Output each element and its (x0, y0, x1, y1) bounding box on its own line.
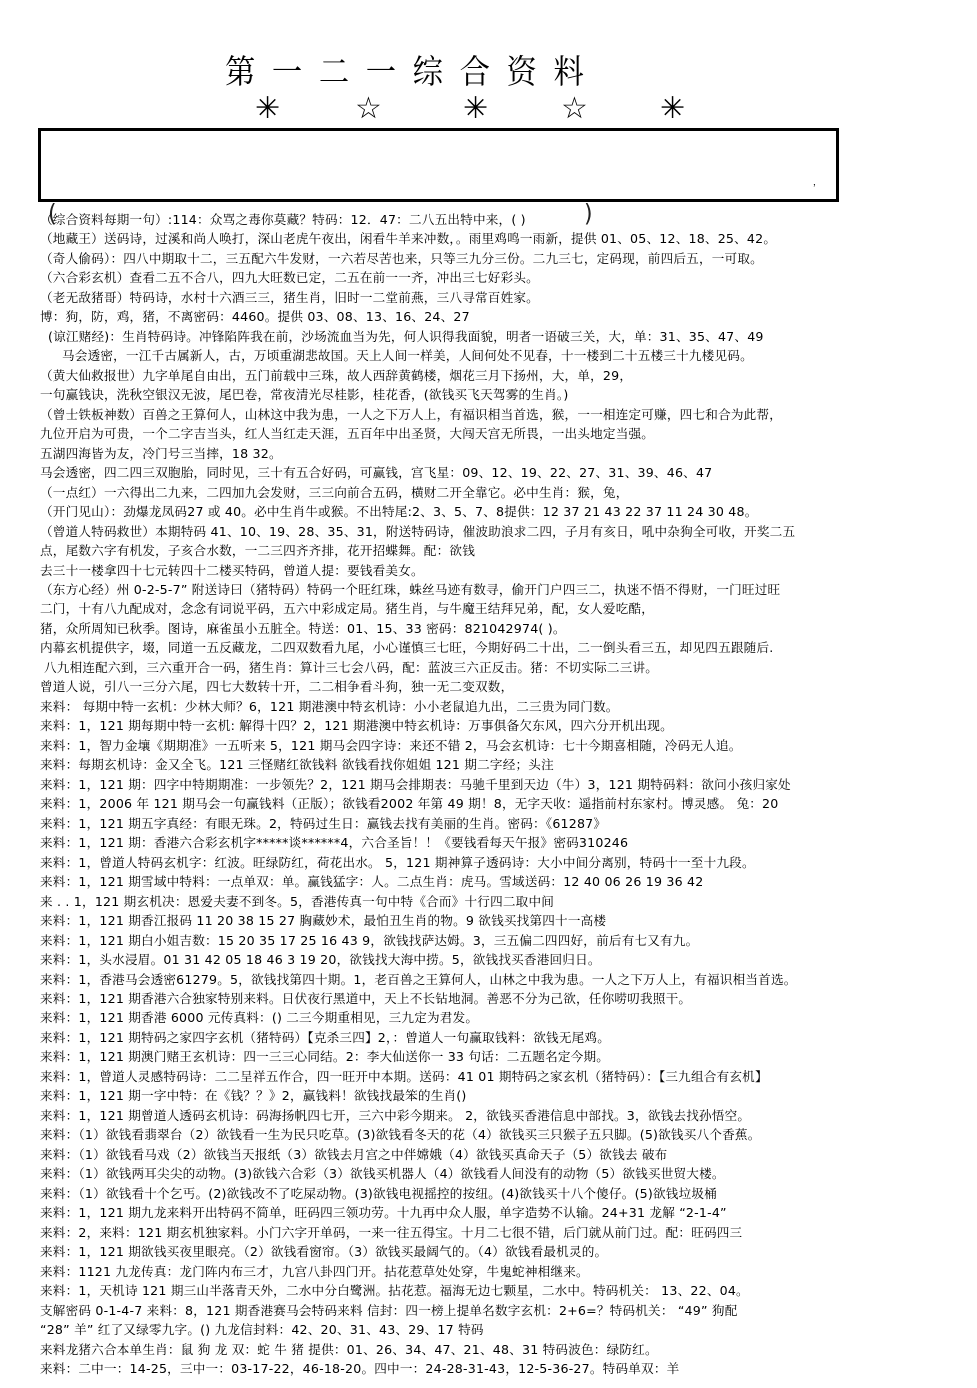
box-mark: ， (813, 175, 822, 188)
text-line: 来料：1，天机诗 121 期三山半落青天外，二水中分白鹭洲。拈花惹。福海无边七颗… (40, 1282, 749, 1300)
text-line: 来料：1，121 期特码之家四字玄机（猪特码）【克杀三四】2，：曾道人一句赢取钱… (40, 1029, 610, 1047)
page-title: 第一二一综合资料 (225, 46, 648, 90)
text-line: 来料：1，121 期香港六合独家特别来料。日伏夜行黑道中，天上不长钻地洞。善恶不… (40, 990, 691, 1008)
asterisk-star-icon: ✳ (255, 90, 280, 128)
text-line: 来料：1，曾道人灵感特码诗：二二呈祥五作合，四一旺开中本期。送码：41 01 期… (40, 1068, 768, 1086)
text-line: 来料：1，头水浸眉。01 31 42 05 18 46 3 19 20，欲钱找大… (40, 951, 601, 969)
text-line: 马会透密，一江千古属新人，古，万顷重湖悲故国。天上人间一样美，人间何处不见春，十… (62, 347, 753, 365)
text-line: 八九相连配六到，三六重开合一码，猪生肖：算计三七会八码，配：蓝波三六正反击。猪：… (44, 659, 658, 677)
text-line: 来料：1，121 期曾道人透码玄机诗：码海扬帆四七开，三六中彩今期来。 2，欲钱… (40, 1107, 750, 1125)
text-line: 来料：1，121 期雪域中特料：一点单双：单。赢钱猛字：人。二点生肖：虎马。雪域… (40, 873, 703, 891)
text-line: 来料：1，121 期澳门赌王玄机诗：四一三三心同结。2：李大仙送你一 33 句话… (40, 1048, 609, 1066)
text-line: 来料：1，121 期：香港六合彩玄机字*****谈******4，六合圣旨！！《… (40, 834, 628, 852)
text-line: 来 . . 1，121 期玄机决：恩爱夫妻不到冬。5，香港传真一句中特《合而》十… (40, 893, 554, 911)
text-line: （地藏王）送码诗，过溪和尚人唤打，深山老虎午夜出，闲看牛羊来冲数，。雨里鸡鸣一雨… (40, 230, 776, 248)
text-line: （六合彩玄机）查看二五不合八，四九大旺数已定，二五在前一一齐，冲出三七好彩头。 (40, 269, 539, 287)
empty-banner-box: ， (38, 128, 839, 202)
text-line: 来料：1，121 期一字中特：在《钱？？》2，赢钱料！欲钱找最笨的生肖() (40, 1087, 467, 1105)
text-line: 曾道人说，引八一三分六尾，四七大数转十开，二二相争看斗狗，独一无二变双数， (40, 678, 513, 696)
text-line: 来料：（1）欲钱两耳尖尖的动物。(3)欲钱六合彩（3）欲钱买机器人（4）欲钱看人… (40, 1165, 725, 1183)
text-line: 来料： 每期中特一玄机：少林大师？6，121 期港澳中特玄机诗：小小老鼠追九出，… (40, 698, 619, 716)
text-line: 来料：1，121 期欲钱买夜里眼亮。（2）欲钱看窗帘。（3）欲钱买最阔气的。（4… (40, 1243, 607, 1261)
text-line: （曾士铁板神数）百兽之王算何人，山林这中我为患，一人之下万人上，有福识相当首选，… (40, 406, 782, 424)
text-line: 内幕玄机提供字，㙍，同道一五反藏龙，二四双数看九尾，小心谨慎三七旺，今期好码二十… (40, 639, 773, 657)
text-line: （一点红）一六得出二九来，二四加九会发财，三三向前合五码，横财二开全靠它。必中生… (40, 484, 629, 502)
text-line: （东方心经）州 0-2-5-7” 附送诗曰（猪特码）特码一个旺红珠，蛛丝马迹有数… (40, 581, 780, 599)
text-line: 一句赢钱诀，洗秋空银汉无波，尾巴卷，常夜清光尽桂影，桂花香，(欲钱买飞天驾雾的生… (40, 386, 568, 404)
text-line: （开门见山）：劲爆龙凤码27 或 40。必中生肖牛或猴。不出特尾:2、3、5、7… (40, 503, 758, 521)
bracket-right: ) (584, 203, 593, 227)
outline-star-icon: ☆ (355, 90, 382, 128)
text-line: 点，尾数六字有机发，子亥合水数，一二三四齐齐排，花开招蝶舞。配：欲钱 (40, 542, 475, 560)
text-line: 来料：（1）欲钱看十个乞丐。(2)欲钱改不了吃屎动物。(3)欲钱电视摇控的按纽。… (40, 1185, 717, 1203)
asterisk-star-icon: ✳ (660, 90, 685, 128)
text-line: “28” 羊” 红了又绿零九字。() 九龙信封料：42、20、31、43、29、… (40, 1321, 484, 1339)
text-line: 来料：1，智力金壤《期期准》一五听来 5，121 期马会四字诗：来还不错 2，马… (40, 737, 742, 755)
outline-star-icon: ☆ (561, 90, 588, 128)
text-line: 来料：1，121 期白小姐吉数：15 20 35 17 25 16 43 9，欲… (40, 932, 698, 950)
text-line: （黄大仙救报世）九字单尾自由出，五门前载中三珠，故人西辞黄鹤楼，烟花三月下扬州，… (40, 367, 632, 385)
text-line: 来料：1，香港马会透密61279。5，欲钱找第四十期。1，老百兽之王算何人，山林… (40, 971, 797, 989)
text-line: 来料：1121 九龙传真：龙门阵内布三才，九宫八卦四门开。拈花惹草处处穿，牛鬼蛇… (40, 1263, 589, 1281)
text-line: 博：狗，防，鸡，猪，不离密码：4460。提供 03、08、13、16、24、27 (40, 308, 470, 326)
text-line: 支解密码 0-1-4-7 来料：8，121 期香港赛马会特码来料 信封：四一榜上… (40, 1302, 738, 1320)
text-line: 五湖四海皆为友，冷门号三当摔，18 32。 (40, 445, 282, 463)
text-line: （综合资料每期一句）:114：众骂之毒你莫藏？特码：12．47：二八五出特中来，… (40, 211, 526, 229)
text-line: 来料：每期玄机诗：金又全飞。121 三怪赌红欲钱料 欲钱看找你姐姐 121 期二… (40, 756, 554, 774)
text-line: 来料：1，曾道人特码玄机字：红波。旺绿防红，荷花出水。 5，121 期神算子透码… (40, 854, 755, 872)
text-line: 来料：2，来料：121 期玄机独家料。小门六字开单码，一来一往五得宝。十月二七很… (40, 1224, 742, 1242)
text-line: （老无敌猪哥）特码诗，水村十六酒三三，猪生肖，旧时一二堂前燕，三八寻常百姓家。 (40, 289, 539, 307)
text-line: 来料：1，121 期每期中特一玄机: 解得十四？2，121 期港澳中特玄机诗：万… (40, 717, 673, 735)
text-line: 来料：1，121 期香江报码 11 20 38 15 27 胸藏妙术，最怕丑生肖… (40, 912, 606, 930)
text-line: 猪，众所周知已秋季。图诗，麻雀虽小五脏全。特送：01、15、33 密码：8210… (40, 620, 566, 638)
text-line: 来料：二中一：14-25，三中一：03-17-22，46-18-20。四中一：2… (40, 1360, 679, 1378)
text-line: 九位开启为可贵，一个二字吉当头，红人当红走天涯，五百年中出圣贤，大闯天宫无所畏，… (40, 425, 654, 443)
text-line: （奇人偷码）：四八中期取十二，三五配六牛发财，一六若尽苦也来，只等三九分三份。二… (40, 250, 763, 268)
asterisk-star-icon: ✳ (463, 90, 488, 128)
star-decoration-row: ✳ ☆ ✳ ☆ ✳ (255, 90, 705, 128)
text-line: 来料：1，121 期香港 6000 元传真料：() 二三今期重相见，三九定为君发… (40, 1009, 478, 1027)
text-line: 去三十一楼拿四十七元转四十二楼买特码，曾道人提：要钱看美女。 (40, 562, 424, 580)
text-line: 来料：（1）欲钱看翡翠台（2）欲钱看一生为民只吃草。(3)欲钱看冬天的花（4）欲… (40, 1126, 761, 1144)
text-line: 二门，十有八九配成对，念念有词说平码，五六中彩成定局。猪生肖，与牛魔王结拜兄弟，… (40, 600, 654, 618)
text-line: 来料：1，2006 年 121 期马会一句赢钱料（正版）；欲钱看2002 年第 … (40, 795, 778, 813)
text-line: 来料龙猪六合本单生肖：鼠 狗 龙 双：蛇 牛 猪 提供：01、26、34、47、… (40, 1341, 658, 1359)
text-line: 马会透密，四二四三双胞胎，同时见，三十有五合好码，可赢钱，宫飞星：09、12、1… (40, 464, 712, 482)
text-line: 来料：1，121 期五字真经：有眼无珠。2，特码过生日：赢钱去找有美丽的生肖。密… (40, 815, 606, 833)
text-line: （曾道人特码救世）本期特码 41、10、19、28、35、31，附送特码诗，催波… (40, 523, 795, 541)
text-line: (谅江赌经)：生肖特码诗。冲锋陷阵我在前，沙场流血当为先，何人识得我面貌，明者一… (48, 328, 764, 346)
text-line: 来料：1，121 期九龙来料开出特码不简单，旺码四三领功劳。十九再中众人服，单字… (40, 1204, 727, 1222)
text-line: 来料：（1）欲钱看马戏（2）欲钱当天报纸（3）欲钱去月宫之中伴嫦娥（4）欲钱买真… (40, 1146, 667, 1164)
text-line: 来料：1，121 期：四字中特期期准：一步领先？2，121 期马会排期表：马驰千… (40, 776, 791, 794)
